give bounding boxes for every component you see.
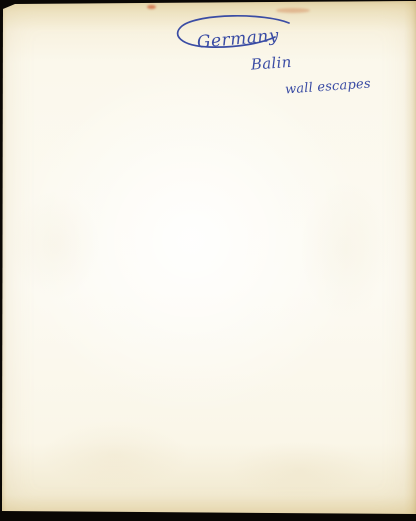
paper-sheet: Germany Balin wall escapes [0, 0, 416, 521]
paper-stain [230, 440, 370, 500]
handwritten-annotations: Germany Balin wall escapes [165, 10, 405, 105]
handwriting-line-germany: Germany [196, 26, 280, 53]
red-ink-smudge [147, 5, 156, 9]
paper-stain [10, 190, 100, 300]
scanner-background: Germany Balin wall escapes [0, 0, 416, 521]
paper-stain [300, 180, 390, 320]
paper-stain [40, 420, 190, 490]
handwriting-line-wall-escapes: wall escapes [285, 77, 372, 98]
handwriting-line-balin: Balin [249, 53, 292, 74]
